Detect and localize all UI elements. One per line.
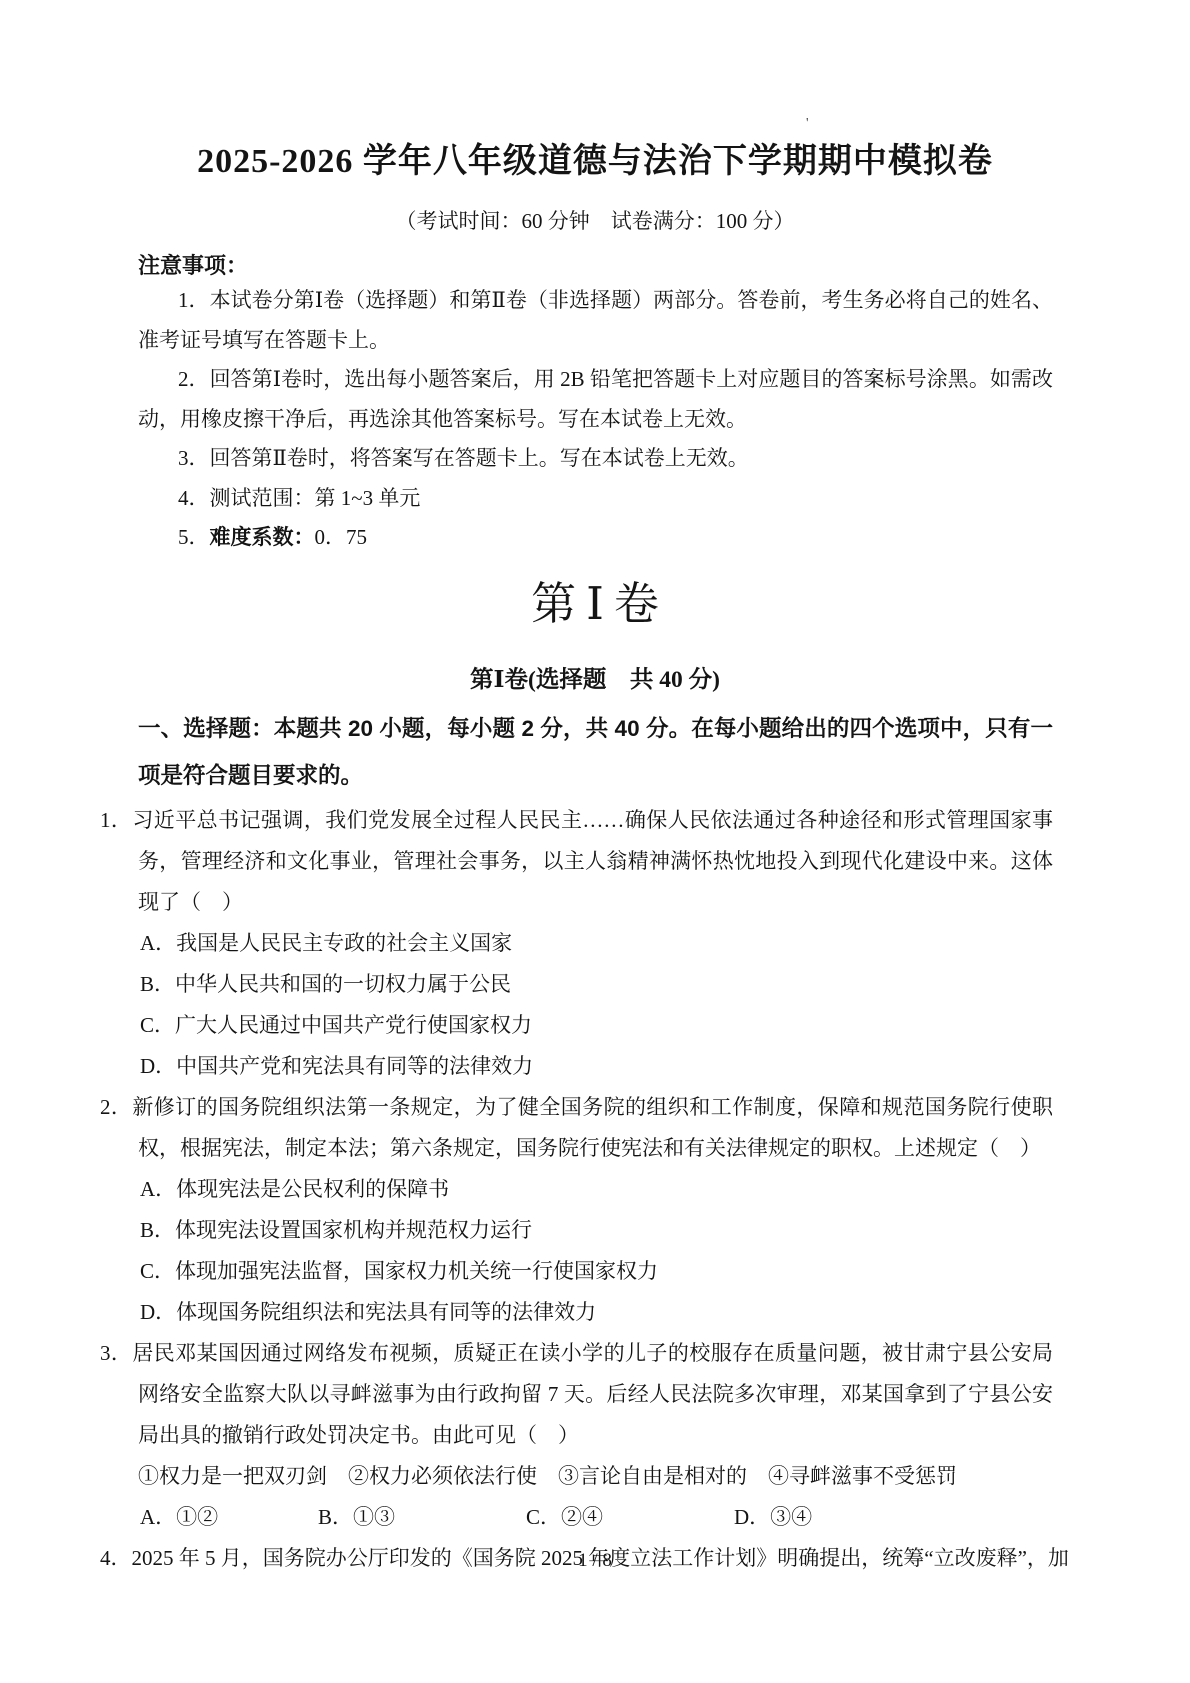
choice-row: A．①②B．①③C．②④D．③④ bbox=[138, 1497, 1053, 1538]
choice-b: B．①③ bbox=[318, 1497, 526, 1538]
question-3: 3．居民邓某国因通过网络发布视频，质疑正在读小学的儿子的校服存在质量问题，被甘肃… bbox=[138, 1333, 1053, 1538]
question-text: 习近平总书记强调，我们党发展全过程人民民主……确保人民依法通过各种途径和形式管理… bbox=[132, 808, 1053, 914]
question-stem: 1．习近平总书记强调，我们党发展全过程人民民主……确保人民依法通过各种途径和形式… bbox=[138, 800, 1053, 923]
section-intro: 一、选择题：本题共 20 小题，每小题 2 分，共 40 分。在每小题给出的四个… bbox=[138, 705, 1053, 799]
exam-paper-page: ' 2025-2026 学年八年级道德与法治下学期期中模拟卷 （考试时间：60 … bbox=[0, 0, 1190, 1683]
exam-meta: （考试时间：60 分钟 试卷满分：100 分） bbox=[0, 206, 1190, 236]
option-b: B．中华人民共和国的一切权力属于公民 bbox=[138, 964, 1053, 1005]
option-c: C．体现加强宪法监督，国家权力机关统一行使国家权力 bbox=[138, 1251, 1053, 1292]
question-number: 1． bbox=[100, 808, 132, 832]
notice-item-4: 4．测试范围：第 1~3 单元 bbox=[138, 479, 1053, 519]
page-footer: 1 / 8 bbox=[0, 1548, 1190, 1574]
choice-d: D．③④ bbox=[734, 1497, 812, 1538]
notice-item-3: 3．回答第Ⅱ卷时，将答案写在答题卡上。写在本试卷上无效。 bbox=[138, 439, 1053, 479]
notice-item-2: 2．回答第Ⅰ卷时，选出每小题答案后，用 2B 铅笔把答题卡上对应题目的答案标号涂… bbox=[138, 360, 1053, 439]
question-list: 1．习近平总书记强调，我们党发展全过程人民民主……确保人民依法通过各种途径和形式… bbox=[138, 800, 1053, 1579]
notice-item-1: 1．本试卷分第Ⅰ卷（选择题）和第Ⅱ卷（非选择题）两部分。答卷前，考生务必将自己的… bbox=[138, 281, 1053, 360]
stray-mark: ' bbox=[806, 116, 809, 132]
notice-heading: 注意事项： bbox=[138, 247, 248, 285]
numbered-statements: ①权力是一把双刃剑 ②权力必须依法行使 ③言论自由是相对的 ④寻衅滋事不受惩罚 bbox=[138, 1456, 1053, 1497]
notice-item-5-label: 难度系数： bbox=[210, 526, 315, 549]
question-number: 3． bbox=[100, 1341, 132, 1365]
question-2: 2．新修订的国务院组织法第一条规定，为了健全国务院的组织和工作制度，保障和规范国… bbox=[138, 1087, 1053, 1333]
option-b: B．体现宪法设置国家机构并规范权力运行 bbox=[138, 1210, 1053, 1251]
option-d: D．体现国务院组织法和宪法具有同等的法律效力 bbox=[138, 1292, 1053, 1333]
question-stem: 2．新修订的国务院组织法第一条规定，为了健全国务院的组织和工作制度，保障和规范国… bbox=[138, 1087, 1053, 1169]
part1-banner: 第Ⅰ卷 bbox=[0, 578, 1190, 630]
question-stem: 3．居民邓某国因通过网络发布视频，质疑正在读小学的儿子的校服存在质量问题，被甘肃… bbox=[138, 1333, 1053, 1456]
notice-item-5: 5．难度系数：0．75 bbox=[138, 518, 1053, 558]
option-d: D．中国共产党和宪法具有同等的法律效力 bbox=[138, 1046, 1053, 1087]
notice-item-5-number: 5． bbox=[178, 525, 210, 549]
option-c: C．广大人民通过中国共产党行使国家权力 bbox=[138, 1005, 1053, 1046]
question-text: 居民邓某国因通过网络发布视频，质疑正在读小学的儿子的校服存在质量问题，被甘肃宁县… bbox=[132, 1341, 1053, 1447]
exam-title: 2025-2026 学年八年级道德与法治下学期期中模拟卷 bbox=[0, 138, 1190, 186]
notice-list: 1．本试卷分第Ⅰ卷（选择题）和第Ⅱ卷（非选择题）两部分。答卷前，考生务必将自己的… bbox=[138, 281, 1053, 558]
part1-subbanner: 第Ⅰ卷(选择题 共 40 分) bbox=[0, 663, 1190, 697]
question-number: 2． bbox=[100, 1095, 132, 1119]
option-a: A．体现宪法是公民权利的保障书 bbox=[138, 1169, 1053, 1210]
option-a: A．我国是人民民主专政的社会主义国家 bbox=[138, 923, 1053, 964]
notice-item-5-value: 0．75 bbox=[315, 525, 368, 549]
question-text: 新修订的国务院组织法第一条规定，为了健全国务院的组织和工作制度，保障和规范国务院… bbox=[132, 1095, 1053, 1160]
choice-a: A．①② bbox=[140, 1497, 318, 1538]
question-1: 1．习近平总书记强调，我们党发展全过程人民民主……确保人民依法通过各种途径和形式… bbox=[138, 800, 1053, 1087]
choice-c: C．②④ bbox=[526, 1497, 734, 1538]
